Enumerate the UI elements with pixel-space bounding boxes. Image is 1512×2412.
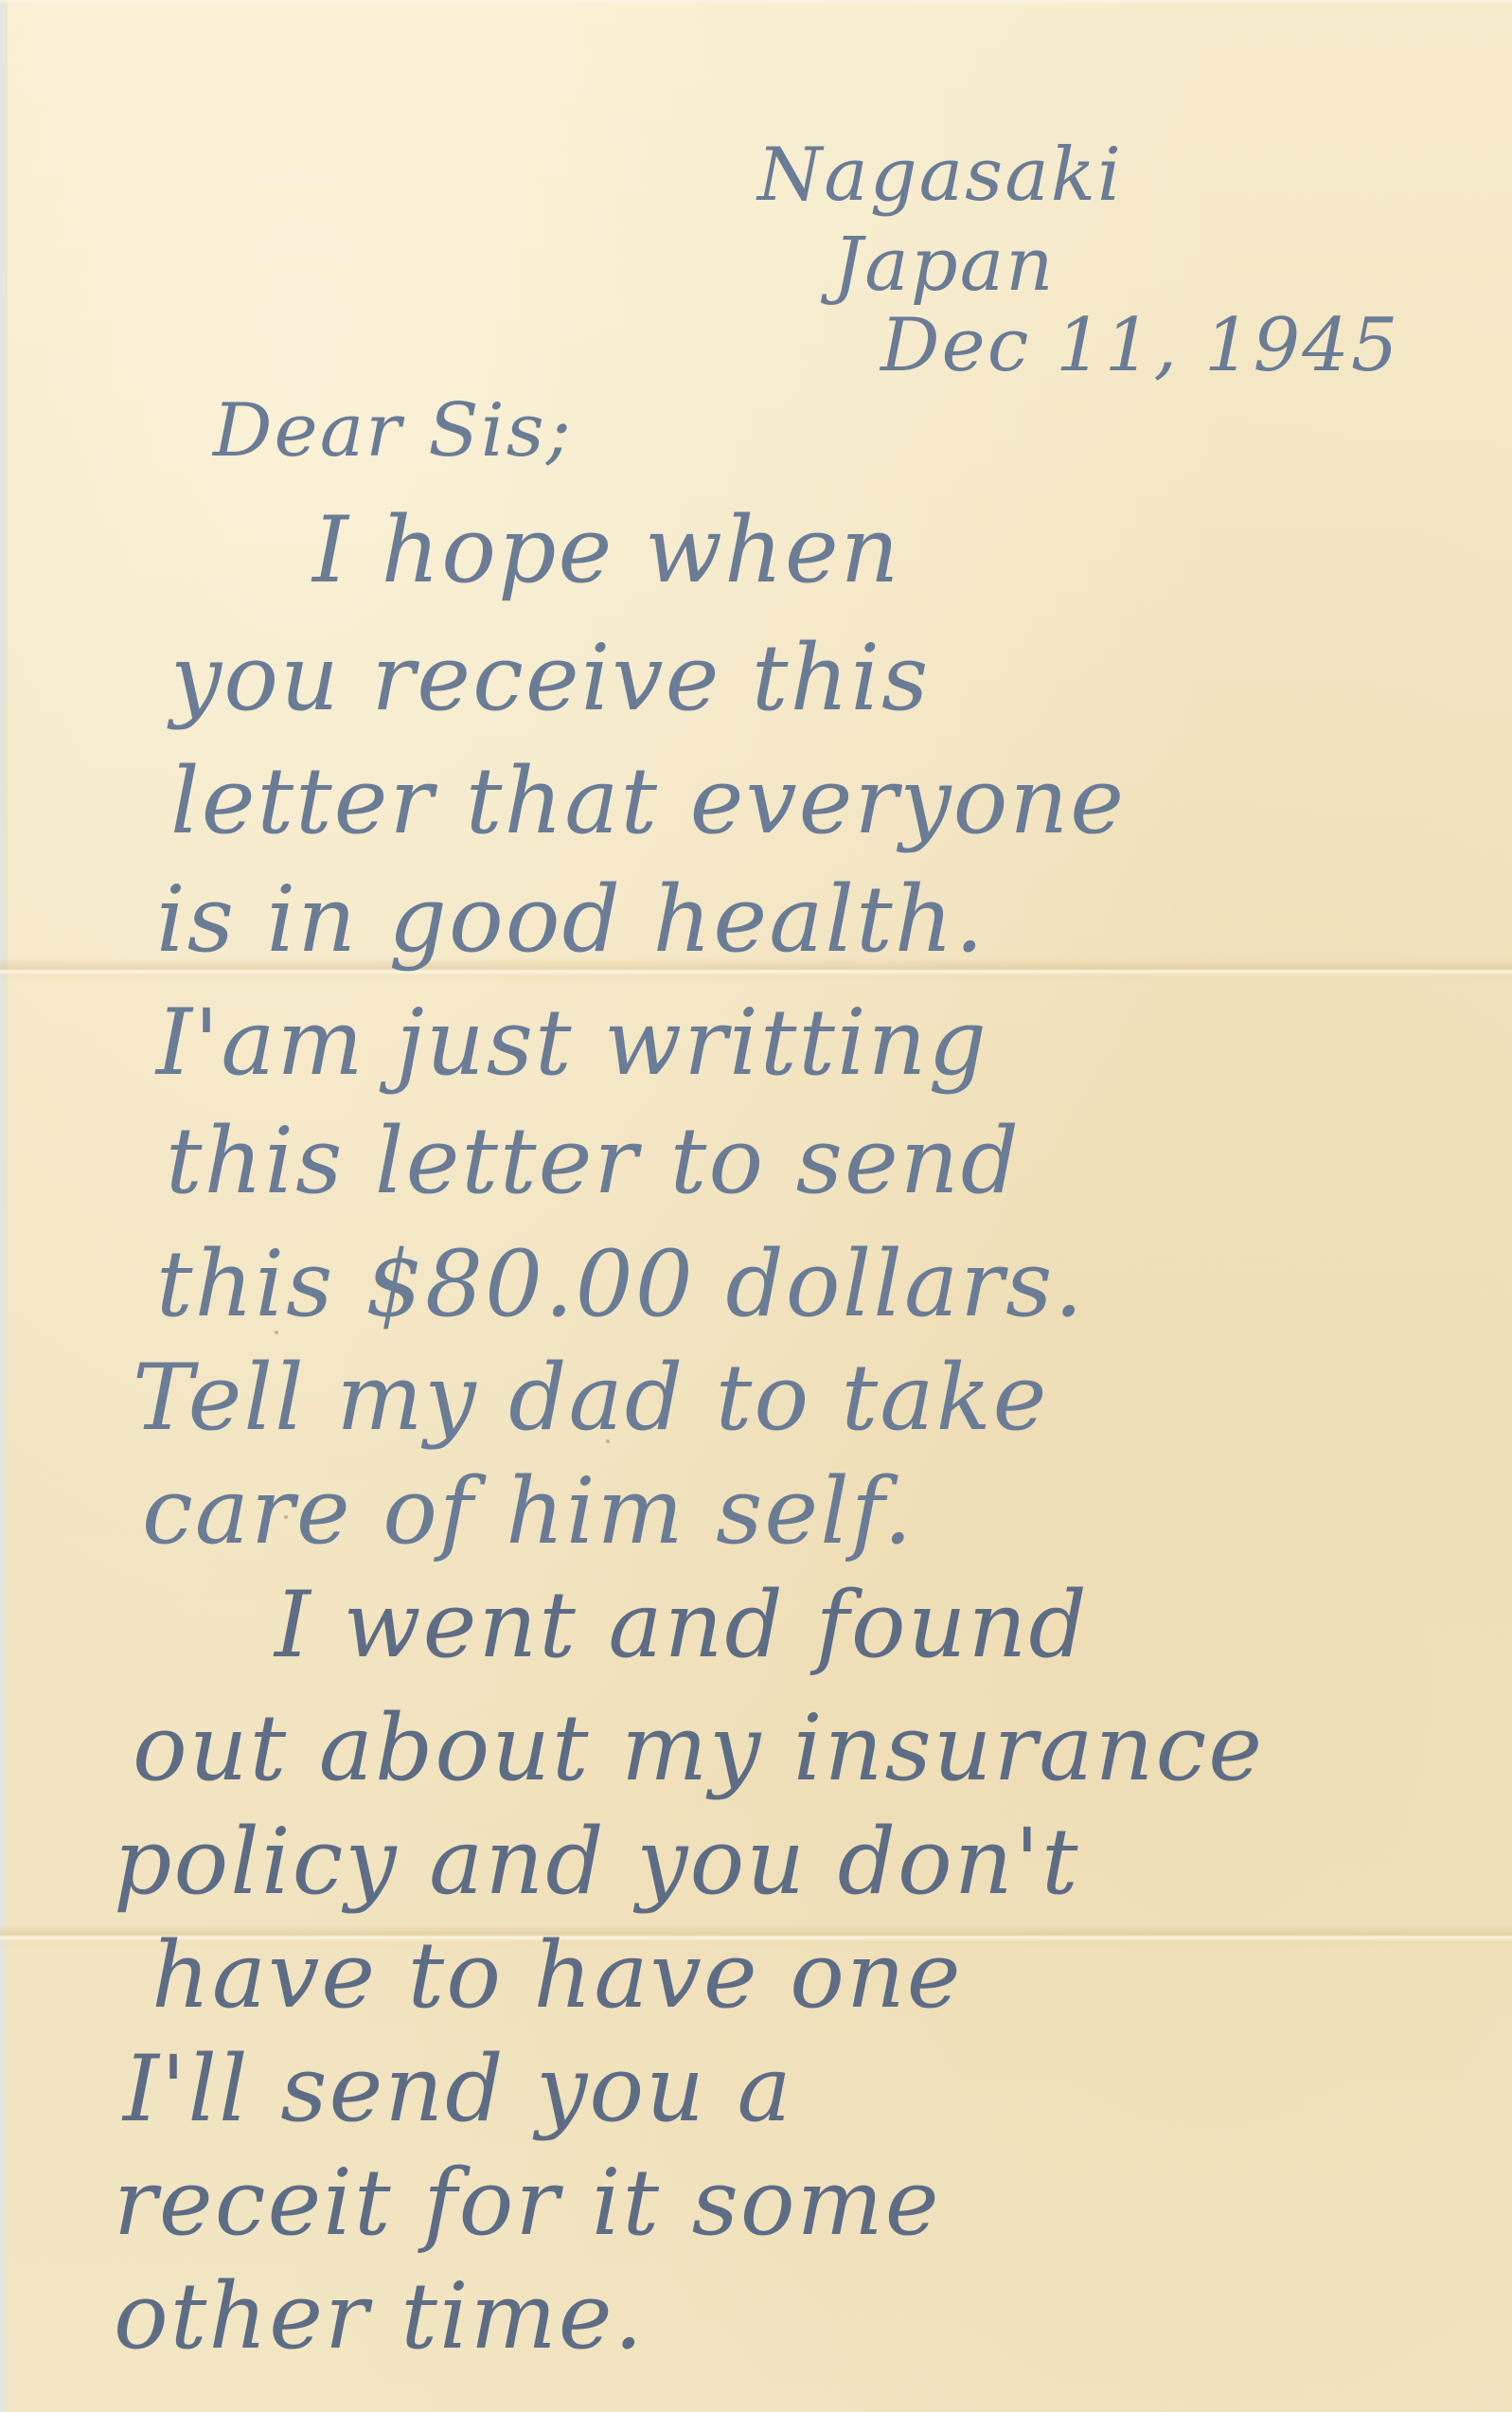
- paper-top-edge: [0, 0, 1512, 6]
- body-line: receit for it some: [114, 2150, 941, 2256]
- body-line: is in good health.: [156, 867, 986, 973]
- body-line: Tell my dad to take: [133, 1345, 1048, 1451]
- heading-place-city: Nagasaki: [757, 133, 1123, 218]
- heading-date: Dec 11, 1945: [881, 303, 1400, 388]
- body-line: this letter to send: [166, 1108, 1021, 1214]
- body-line: other time.: [114, 2263, 645, 2369]
- heading-place-country: Japan: [833, 223, 1055, 308]
- letter-page: Nagasaki Japan Dec 11, 1945 Dear Sis; I …: [0, 0, 1512, 2412]
- body-line: policy and you don't: [114, 1809, 1080, 1915]
- body-line: care of him self.: [142, 1458, 915, 1564]
- salutation: Dear Sis;: [213, 388, 573, 473]
- body-line: I went and found: [275, 1572, 1089, 1678]
- body-line: I'll send you a: [123, 2036, 793, 2142]
- paper-left-edge: [0, 0, 8, 2412]
- body-line: have to have one: [151, 1922, 963, 2028]
- body-line: I'am just writting: [156, 990, 988, 1096]
- body-line: out about my insurance: [133, 1695, 1264, 1801]
- body-line: I hope when: [312, 497, 900, 603]
- body-line-amount: this $80.00 dollars.: [156, 1231, 1085, 1337]
- body-line: letter that everyone: [170, 748, 1126, 854]
- body-line: you receive this: [170, 625, 930, 731]
